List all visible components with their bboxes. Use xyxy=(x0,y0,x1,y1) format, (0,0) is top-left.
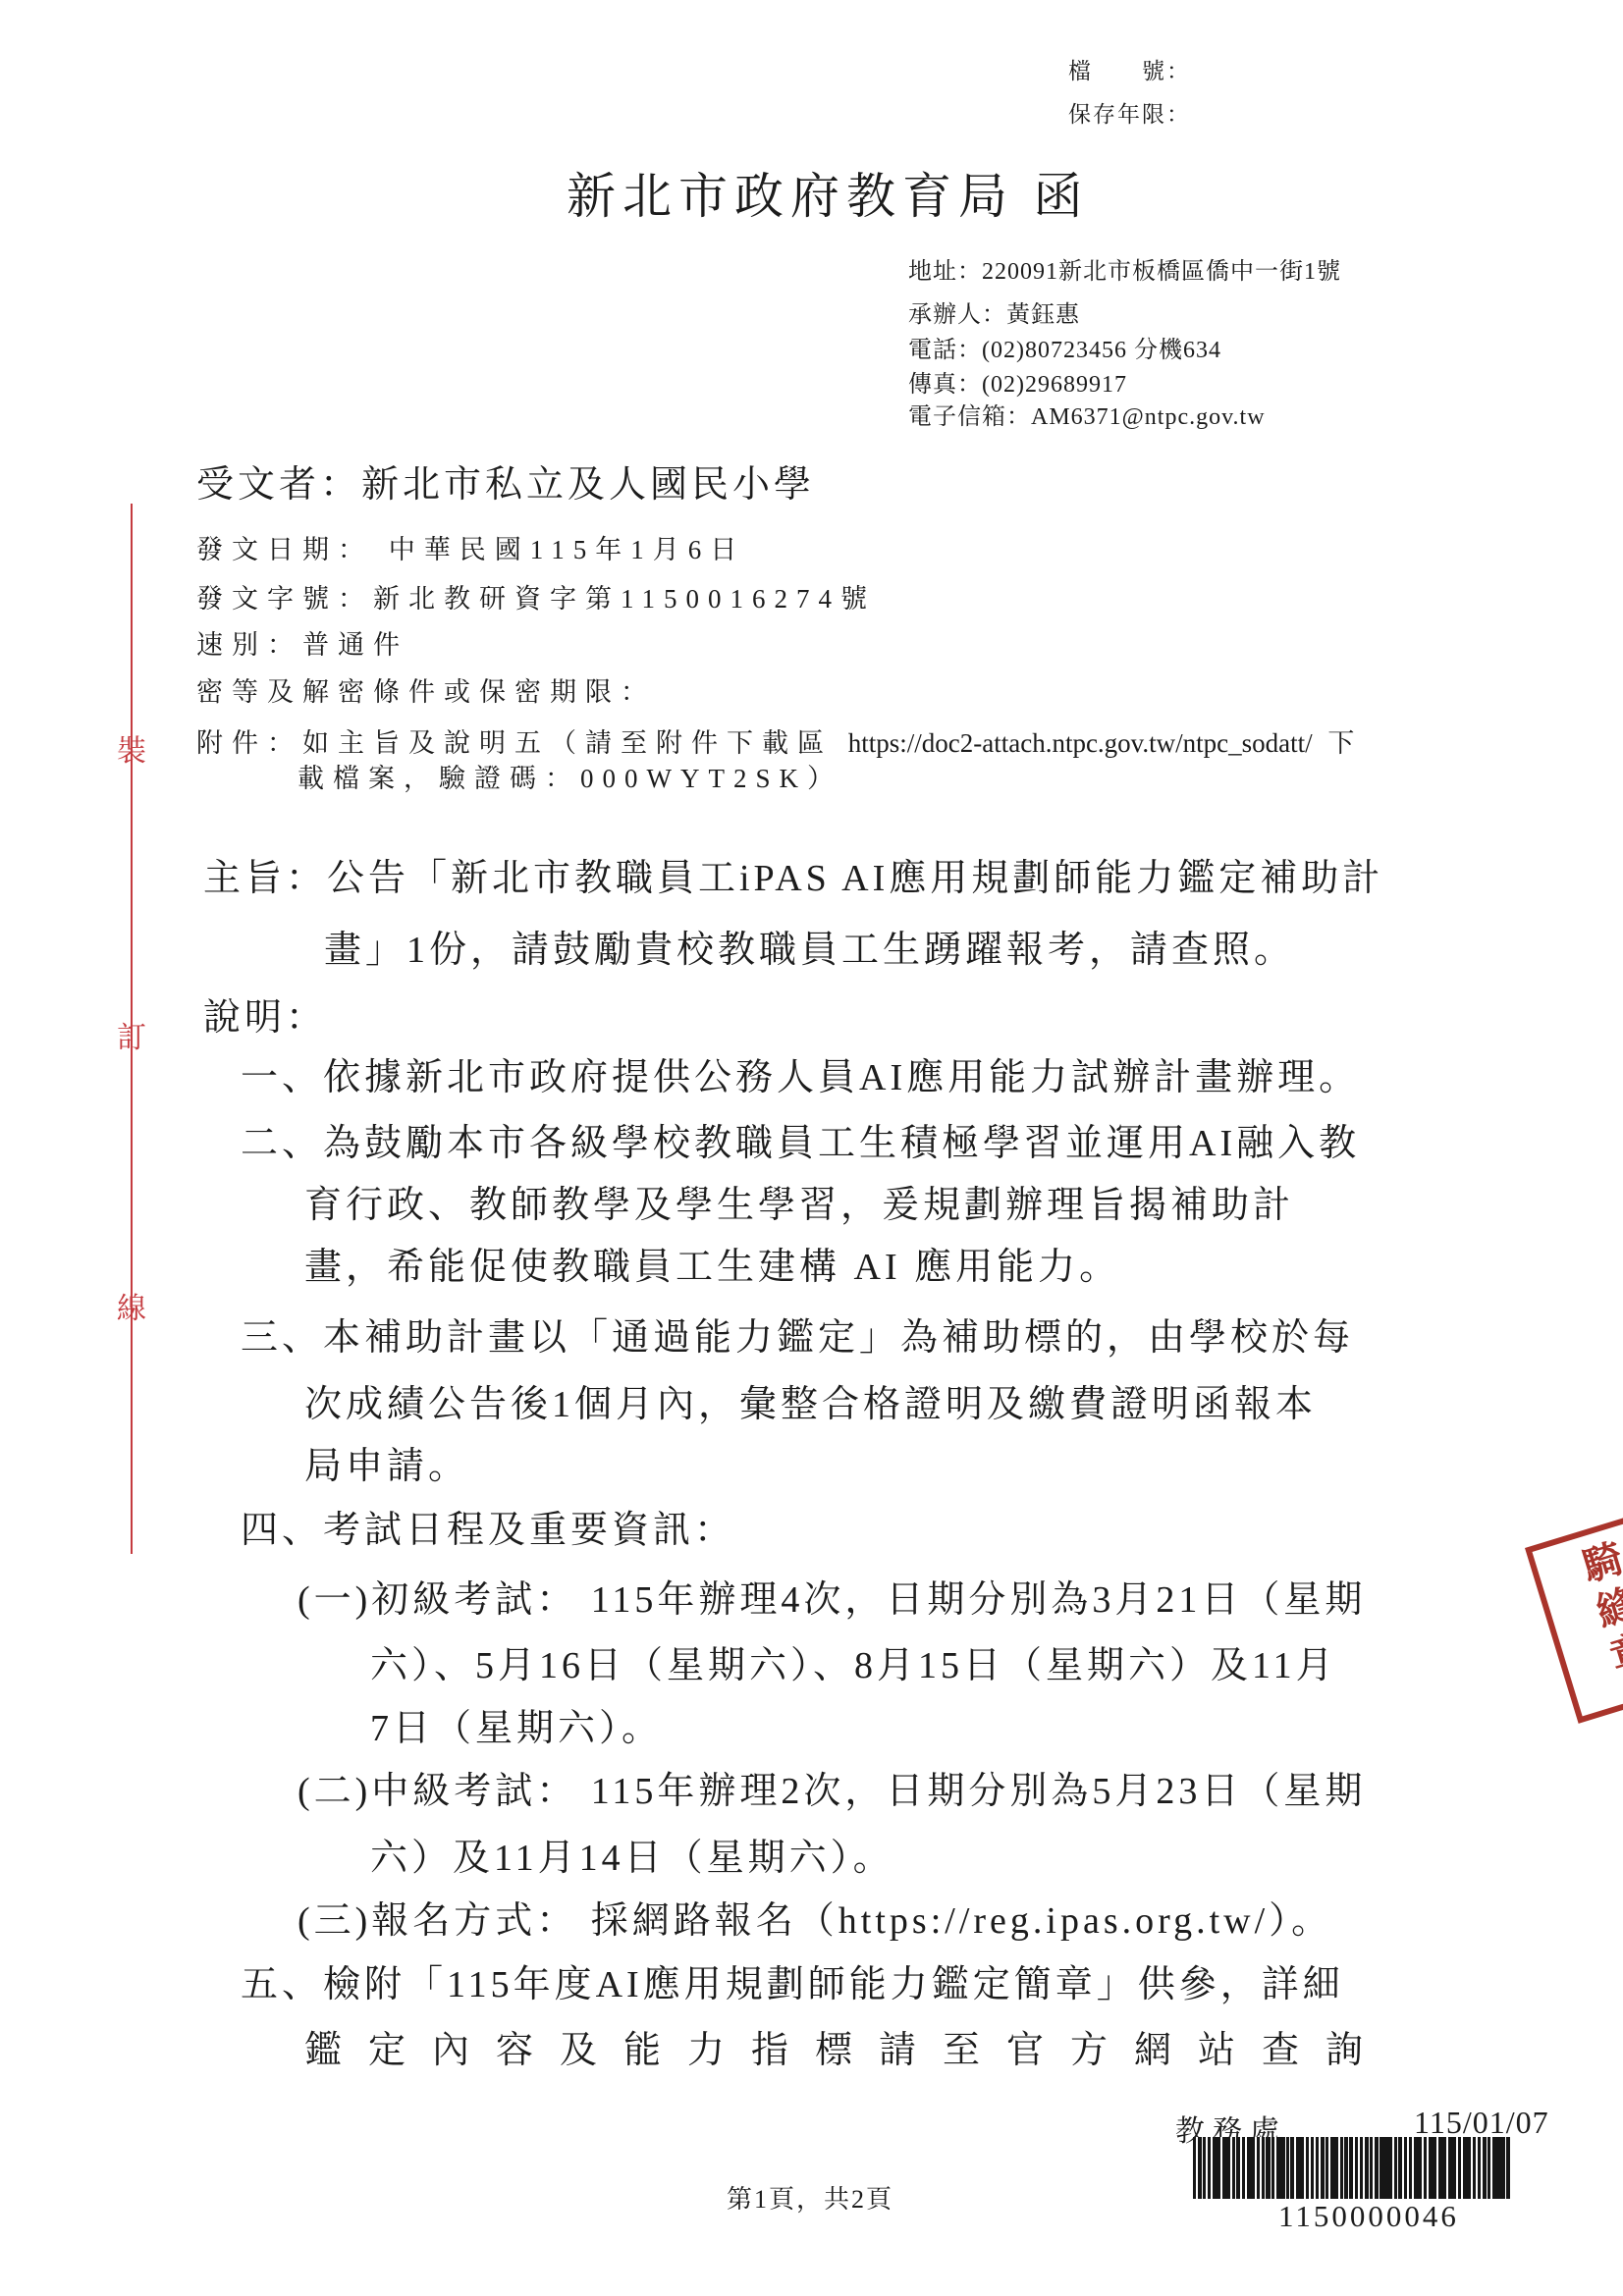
item-4-heading: 四、考試日程及重要資訊： xyxy=(241,1499,735,1553)
seam-stamp: 騎縫章 xyxy=(1525,1502,1623,1724)
item-4a-line-2: 六）、5月16日（星期六）、8月15日（星期六）及11月 xyxy=(370,1634,1337,1688)
item-5-line-1: 五、檢附「115年度AI應用規劃師能力鑑定簡章」供參，詳細 xyxy=(241,1953,1344,2007)
item-2-line-1: 二、為鼓勵本市各級學校教職員工生積極學習並運用AI融入教 xyxy=(241,1112,1360,1166)
attachment-text-post: 下 xyxy=(1313,728,1364,758)
attachment-line-2: 載檔案，驗證碼：000WYT2SK） xyxy=(298,757,842,795)
document-title: 新北市政府教育局 函 xyxy=(567,157,1090,228)
recipient-line: 受文者：新北市私立及人國民小學 xyxy=(196,454,815,507)
item-3-line-1: 三、本補助計畫以「通過能力鑑定」為補助標的，由學校於每 xyxy=(241,1307,1354,1361)
doc-number-line: 發文字號：新北教研資字第1150016274號 xyxy=(196,577,876,615)
item-1-line-1: 一、依據新北市政府提供公務人員AI應用能力試辦計畫辦理。 xyxy=(241,1046,1360,1100)
barcode xyxy=(1193,2137,1512,2199)
item-2-line-2: 育行政、教師教學及學生學習，爰規劃辦理旨揭補助計 xyxy=(304,1174,1294,1228)
item-5-line-2: 鑑定內容及能力指標請至官方網站查詢 xyxy=(304,2019,1389,2073)
file-number-label: 檔 號： xyxy=(1068,53,1191,85)
binding-char-xian: 線 xyxy=(112,1284,151,1327)
subject-line-2: 畫」1份，請鼓勵貴校教職員工生踴躍報考，請查照。 xyxy=(324,919,1295,973)
item-4b-line-2: 六）及11月14日（星期六）。 xyxy=(370,1827,894,1881)
subject-line-1: 主旨：公告「新北市教職員工iPAS AI應用規劃師能力鑑定補助計 xyxy=(203,847,1383,901)
official-letter-page: 檔 號： 保存年限： 新北市政府教育局 函 地址：220091新北市板橋區僑中一… xyxy=(0,0,1623,2296)
item-2-line-3: 畫，希能促使教職員工生建構 AI 應用能力。 xyxy=(304,1236,1120,1290)
attachment-line-1: 附件：如主旨及說明五（請至附件下載區 https://doc2-attach.n… xyxy=(196,721,1363,760)
explanation-heading: 說明： xyxy=(203,987,327,1041)
sender-email: 電子信箱：AM6371@ntpc.gov.tw xyxy=(908,397,1266,431)
sender-contact-person: 承辦人：黃鈺惠 xyxy=(908,294,1080,329)
item-4a-line-1: (一)初級考試： 115年辦理4次，日期分別為3月21日（星期 xyxy=(298,1569,1366,1623)
attachment-download-url: https://doc2-attach.ntpc.gov.tw/ntpc_sod… xyxy=(848,728,1313,758)
item-4b-line-1: (二)中級考試： 115年辦理2次，日期分別為5月23日（星期 xyxy=(298,1760,1366,1814)
date-stamp: 115/01/07 xyxy=(1414,2105,1549,2141)
retention-period-label: 保存年限： xyxy=(1068,96,1191,129)
item-3-line-3: 局申請。 xyxy=(304,1435,469,1489)
barcode-number: 1150000046 xyxy=(1278,2199,1459,2234)
issue-date-line: 發文日期： 中華民國115年1月6日 xyxy=(196,528,745,566)
sender-address: 地址：220091新北市板橋區僑中一街1號 xyxy=(908,251,1341,286)
seam-stamp-text: 騎縫章 xyxy=(1567,1535,1623,1702)
item-4c-line-1: (三)報名方式： 採網路報名（https://reg.ipas.org.tw/）… xyxy=(298,1890,1332,1944)
speed-class-line: 速別：普通件 xyxy=(196,623,408,662)
sender-phone: 電話：(02)80723456 分機634 xyxy=(908,330,1221,364)
page-number-info: 第1頁，共2頁 xyxy=(727,2179,893,2216)
binding-char-ding: 訂 xyxy=(112,1013,151,1056)
binding-char-zhuang: 裝 xyxy=(112,726,151,770)
attachment-text-pre: 附件：如主旨及說明五（請至附件下載區 xyxy=(196,728,848,758)
item-3-line-2: 次成績公告後1個月內，彙整合格證明及繳費證明函報本 xyxy=(304,1373,1317,1427)
sender-fax: 傳真：(02)29689917 xyxy=(908,364,1127,399)
security-class-line: 密等及解密條件或保密期限： xyxy=(196,670,656,709)
item-4a-line-3: 7日（星期六）。 xyxy=(370,1697,663,1751)
